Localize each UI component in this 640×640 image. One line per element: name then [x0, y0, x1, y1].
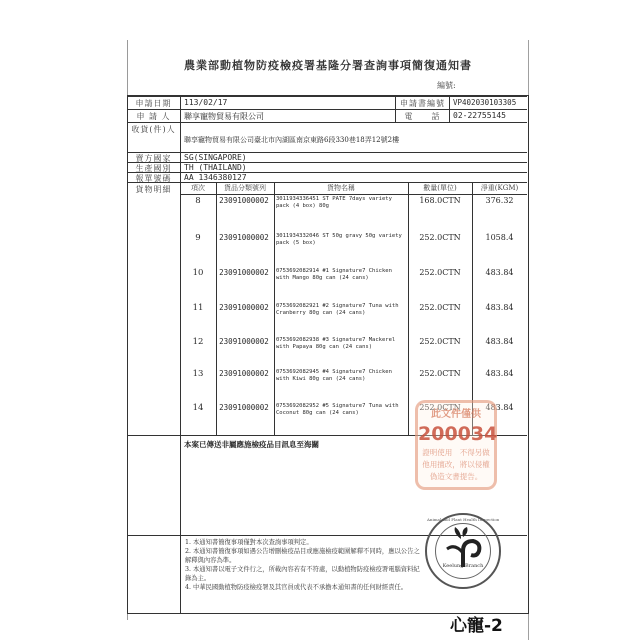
watermark-stamp: 此文件僅供 200034 證明使用 不得另做 他用擅改，將以侵權 偽造文書提告。	[415, 400, 497, 490]
stamp-line: 證明使用 不得另做	[420, 447, 492, 459]
item-name: 0753692082938 #3 Signature7 Mackerel wit…	[276, 337, 406, 351]
item-weight: 483.84	[472, 303, 527, 312]
serial-label: 編號:	[437, 80, 456, 91]
item-no: 12	[180, 337, 216, 347]
col-divider	[274, 183, 275, 435]
seal-branch-text: Keelung Branch	[427, 563, 499, 569]
consignee-label: 收貨(件)人	[127, 123, 180, 153]
item-name: 3011934332046 ST 50g gravy 50g variety p…	[276, 233, 406, 247]
item-no: 10	[180, 268, 216, 278]
item-no: 13	[180, 369, 216, 379]
item-code: 23091000002	[216, 337, 272, 346]
item-code: 23091000002	[216, 268, 272, 277]
item-code: 23091000002	[216, 369, 272, 378]
item-weight: 1058.4	[472, 233, 527, 242]
document-title: 農業部動植物防疫檢疫署基隆分署查詢事項簡復通知書	[127, 57, 529, 73]
header-name: 貨物名稱	[274, 183, 408, 193]
plant-emblem-icon	[427, 515, 499, 587]
item-name: 0753692082945 #4 Signature7 Chicken with…	[276, 369, 406, 383]
consignee-value: 聯享寵物貿易有限公司臺北市內湖區南京東路6段330巷18弄12號2樓	[180, 123, 527, 153]
official-seal: Animal and Plant Health Inspection Agenc…	[425, 513, 501, 589]
note-item: 3. 本通知書以電子文件行之，所載內容若有不符處，以動植物防疫檢疫署電腦資料紀錄…	[185, 565, 420, 583]
header-no: 項次	[180, 183, 216, 193]
item-code: 23091000002	[216, 403, 272, 412]
item-no: 9	[180, 233, 216, 243]
item-qty: 252.0CTN	[408, 337, 472, 346]
stamp-lines: 證明使用 不得另做 他用擅改，將以侵權 偽造文書提告。	[420, 447, 492, 483]
item-name: 0753692082952 #5 Signature7 Tuna with Co…	[276, 403, 406, 417]
item-qty: 252.0CTN	[408, 268, 472, 277]
item-code: 23091000002	[216, 303, 272, 312]
item-no: 14	[180, 403, 216, 413]
stamp-line: 他用擅改，將以侵權	[420, 459, 492, 471]
note-item: 1. 本通知書簡復事項僅對本次查詢事項判定。	[185, 538, 420, 547]
item-weight: 483.84	[472, 268, 527, 277]
image-caption: 心寵-2	[450, 611, 503, 636]
notes-list: 1. 本通知書簡復事項僅對本次查詢事項判定。 2. 本通知書簡復事項如遇公告增刪…	[185, 538, 420, 592]
col-divider	[180, 435, 181, 535]
item-weight: 483.84	[472, 369, 527, 378]
note-item: 4. 中華民國動植物防疫檢疫署及其官員或代表不承擔本通知書的任何財經責任。	[185, 583, 420, 592]
item-name: 3011934336451 ST PATE 7days variety pack…	[276, 196, 406, 210]
row-apply-date: 申請日期 113/02/17 申請書編號 VP402030103305	[127, 96, 527, 110]
row-consignee: 收貨(件)人 聯享寵物貿易有限公司臺北市內湖區南京東路6段330巷18弄12號2…	[127, 122, 527, 153]
item-qty: 252.0CTN	[408, 233, 472, 242]
item-qty: 168.0CTN	[408, 196, 472, 205]
stamp-number: 200034	[418, 423, 494, 445]
item-weight: 483.84	[472, 337, 527, 346]
items-label: 貨物明細	[127, 183, 180, 436]
item-code: 23091000002	[216, 233, 272, 242]
header-weight: 淨重(KGM)	[472, 183, 527, 193]
items-header: 項次 貨品分類號列 貨物名稱 數量(單位) 淨重(KGM)	[180, 183, 527, 195]
stamp-top-text: 此文件僅供	[418, 405, 494, 420]
item-weight: 376.32	[472, 196, 527, 205]
item-code: 23091000002	[216, 196, 272, 205]
item-no: 8	[180, 196, 216, 206]
item-qty: 252.0CTN	[408, 303, 472, 312]
item-qty: 252.0CTN	[408, 369, 472, 378]
header-code: 貨品分類號列	[216, 183, 274, 193]
note-item: 2. 本通知書簡復事項如遇公告增刪檢疫品目或應施檢疫範圍解釋不同時，應以公告之解…	[185, 547, 420, 565]
stamp-line: 偽造文書提告。	[420, 471, 492, 483]
item-no: 11	[180, 303, 216, 313]
item-name: 0753692082914 #1 Signature7 Chicken with…	[276, 268, 406, 282]
header-qty: 數量(單位)	[408, 183, 472, 193]
row-applicant: 申 請 人 聯享寵物貿易有限公司 電 話 02-22755145	[127, 109, 527, 123]
item-name: 0753692082921 #2 Signature7 Tuna with Cr…	[276, 303, 406, 317]
